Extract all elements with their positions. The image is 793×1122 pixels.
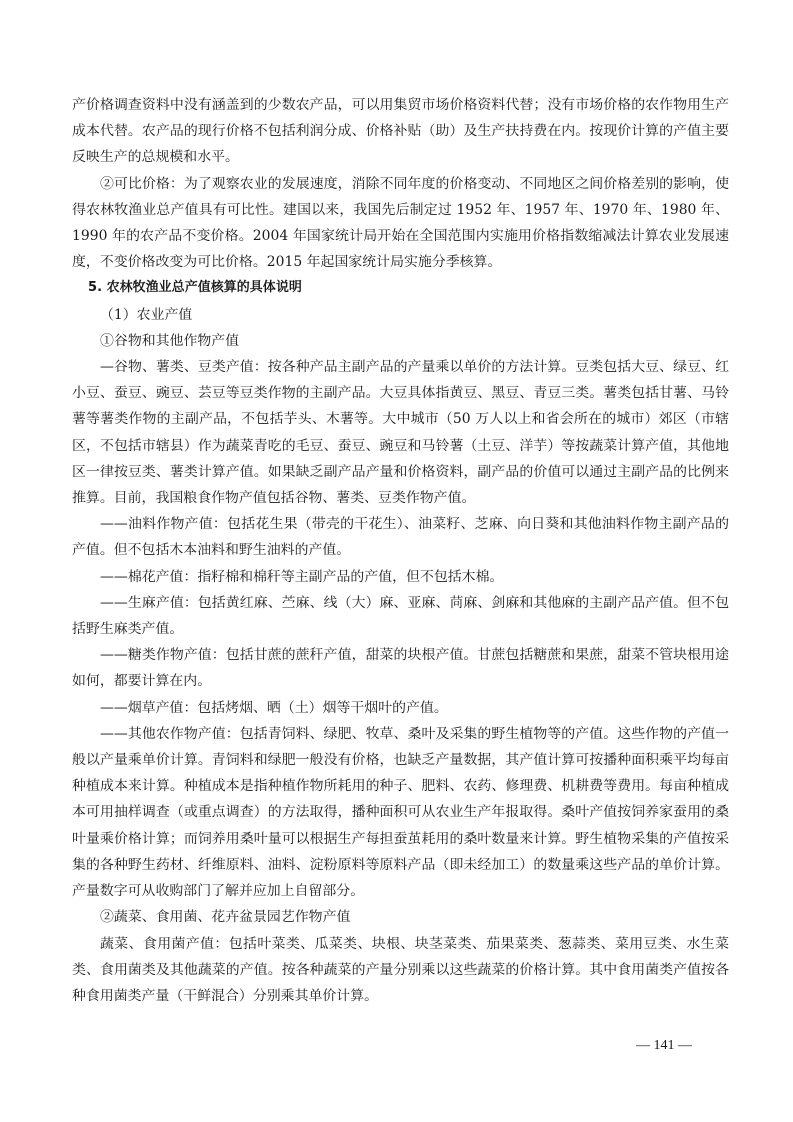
subsection-heading-grain: ①谷物和其他作物产值 <box>72 328 729 354</box>
paragraph-sugar-crops: ——糖类作物产值：包括甘蔗的蔗秆产值，甜菜的块根产值。甘蔗包括糖蔗和果蔗，甜菜不… <box>72 642 729 694</box>
paragraph-oil-crops: ——油料作物产值：包括花生果（带壳的干花生）、油菜籽、芝麻、向日葵和其他油料作物… <box>72 511 729 563</box>
page-number: — 141 — <box>636 1038 692 1054</box>
subsection-heading-vegetables: ②蔬菜、食用菌、花卉盆景园艺作物产值 <box>72 904 729 930</box>
paragraph-hemp: ——生麻产值：包括黄红麻、苎麻、线（大）麻、亚麻、苘麻、剑麻和其他麻的主副产品产… <box>72 590 729 642</box>
document-body: 产价格调查资料中没有涵盖到的少数农产品，可以用集贸市场价格资料代替；没有市场价格… <box>72 92 729 1009</box>
subsection-heading-agriculture: （1）农业产值 <box>72 302 729 328</box>
paragraph-tobacco: ——烟草产值：包括烤烟、晒（土）烟等干烟叶的产值。 <box>72 695 729 721</box>
paragraph-grain-value: —谷物、薯类、豆类产值：按各种产品主副产品的产量乘以单价的方法计算。豆类包括大豆… <box>72 354 729 511</box>
paragraph-cotton: ——棉花产值：指籽棉和棉秆等主副产品的产值，但不包括木棉。 <box>72 564 729 590</box>
paragraph-price-continuation: 产价格调查资料中没有涵盖到的少数农产品，可以用集贸市场价格资料代替；没有市场价格… <box>72 92 729 171</box>
paragraph-vegetables: 蔬菜、食用菌产值：包括叶菜类、瓜菜类、块根、块茎菜类、茄果菜类、葱蒜类、菜用豆类… <box>72 931 729 1010</box>
paragraph-other-crops: ——其他农作物产值：包括青饲料、绿肥、牧草、桑叶及采集的野生植物等的产值。这些作… <box>72 721 729 904</box>
paragraph-comparable-price: ②可比价格：为了观察农业的发展速度，消除不同年度的价格变动、不同地区之间价格差别… <box>72 171 729 276</box>
section-heading: 5. 农林牧渔业总产值核算的具体说明 <box>72 275 729 301</box>
